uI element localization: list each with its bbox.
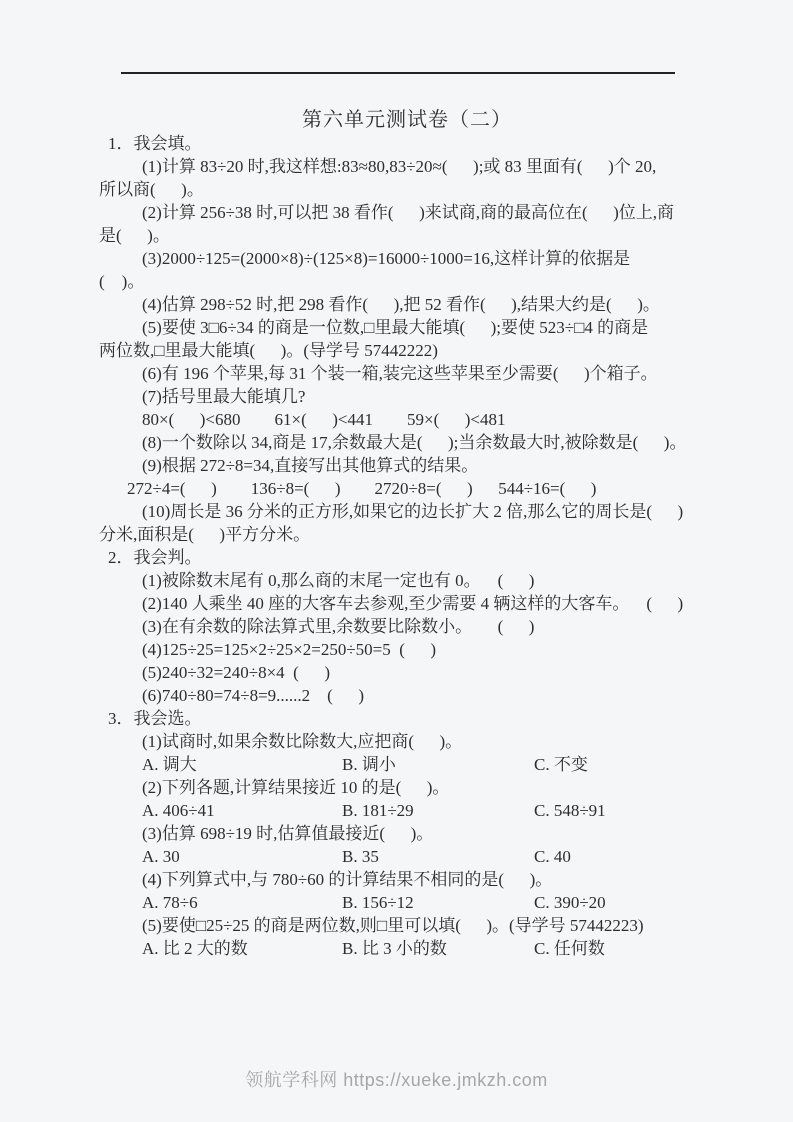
fill-q1-line1: (1)计算 83÷20 时,我这样想:83≈80,83÷20≈( );或 83 …	[99, 155, 695, 178]
choose-q1-option-a: A. 调大	[142, 753, 342, 776]
watermark-footer: 领航学科网 https://xueke.jmkzh.com	[0, 1066, 793, 1092]
fill-q5-line2: 两位数,□里最大能填( )。(导学号 57442222)	[99, 339, 695, 362]
test-paper-page: 第六单元测试卷（二） 1．我会填。 (1)计算 83÷20 时,我这样想:83≈…	[0, 0, 793, 1122]
fill-q4: (4)估算 298÷52 时,把 298 看作( ),把 52 看作( ),结果…	[99, 293, 695, 316]
fill-q9-equations-row: 272÷4=( ) 136÷8=( ) 2720÷8=( ) 544÷16=( …	[99, 477, 695, 500]
choose-q3: (3)估算 698÷19 时,估算值最接近( )。	[99, 822, 695, 845]
choose-q2: (2)下列各题,计算结果接近 10 的是( )。	[99, 776, 695, 799]
choose-q2-options-row: A. 406÷41 B. 181÷29 C. 548÷91	[99, 799, 695, 822]
choose-q5-option-c: C. 任何数	[534, 937, 695, 960]
judge-q5: (5)240÷32=240÷8×4 ( )	[99, 661, 695, 684]
choose-q3-option-a: A. 30	[142, 845, 342, 868]
choose-q3-option-b: B. 35	[342, 845, 534, 868]
fill-q7: (7)括号里最大能填几?	[99, 385, 695, 408]
choose-q4-option-c: C. 390÷20	[534, 891, 695, 914]
fill-q6: (6)有 196 个苹果,每 31 个装一箱,装完这些苹果至少需要( )个箱子。	[99, 362, 695, 385]
fill-q3-line2: ( )。	[99, 270, 695, 293]
choose-q4-option-a: A. 78÷6	[142, 891, 342, 914]
fill-q10-line2: 分米,面积是( )平方分米。	[99, 523, 695, 546]
page-title: 第六单元测试卷（二）	[119, 108, 695, 132]
choose-q5-options-row: A. 比 2 大的数 B. 比 3 小的数 C. 任何数	[99, 937, 695, 960]
fill-q7-equations-row: 80×( )<680 61×( )<441 59×( )<481	[99, 408, 695, 431]
choose-q5: (5)要使□25÷25 的商是两位数,则□里可以填( )。(导学号 574422…	[99, 914, 695, 937]
judge-q4: (4)125÷25=125×2÷25×2=250÷50=5 ( )	[99, 638, 695, 661]
fill-q8: (8)一个数除以 34,商是 17,余数最大是( );当余数最大时,被除数是( …	[99, 431, 695, 454]
header-rule	[121, 72, 675, 74]
section-3-heading: 3．我会选。	[99, 707, 695, 730]
paper-content: 第六单元测试卷（二） 1．我会填。 (1)计算 83÷20 时,我这样想:83≈…	[99, 108, 695, 960]
choose-q4-options-row: A. 78÷6 B. 156÷12 C. 390÷20	[99, 891, 695, 914]
fill-q3-line1: (3)2000÷125=(2000×8)÷(125×8)=16000÷1000=…	[99, 247, 695, 270]
choose-q3-options-row: A. 30 B. 35 C. 40	[99, 845, 695, 868]
fill-q10-line1: (10)周长是 36 分米的正方形,如果它的边长扩大 2 倍,那么它的周长是( …	[99, 500, 695, 523]
choose-q3-option-c: C. 40	[534, 845, 695, 868]
section-1-heading: 1．我会填。	[99, 132, 695, 155]
judge-q6: (6)740÷80=74÷8=9......2 ( )	[99, 684, 695, 707]
fill-q1-line2: 所以商( )。	[99, 178, 695, 201]
fill-q2-line2: 是( )。	[99, 224, 695, 247]
choose-q1: (1)试商时,如果余数比除数大,应把商( )。	[99, 730, 695, 753]
choose-q5-option-b: B. 比 3 小的数	[342, 937, 534, 960]
judge-q2: (2)140 人乘坐 40 座的大客车去参观,至少需要 4 辆这样的大客车。 (…	[99, 592, 695, 615]
choose-q4-option-b: B. 156÷12	[342, 891, 534, 914]
fill-q9: (9)根据 272÷8=34,直接写出其他算式的结果。	[99, 454, 695, 477]
choose-q1-option-b: B. 调小	[342, 753, 534, 776]
choose-q5-option-a: A. 比 2 大的数	[142, 937, 342, 960]
fill-q5-line1: (5)要使 3□6÷34 的商是一位数,□里最大能填( );要使 523÷□4 …	[99, 316, 695, 339]
judge-q1: (1)被除数末尾有 0,那么商的末尾一定也有 0。 ( )	[99, 569, 695, 592]
fill-q2-line1: (2)计算 256÷38 时,可以把 38 看作( )来试商,商的最高位在( )…	[99, 201, 695, 224]
choose-q2-option-a: A. 406÷41	[142, 799, 342, 822]
choose-q4: (4)下列算式中,与 780÷60 的计算结果不相同的是( )。	[99, 868, 695, 891]
judge-q3: (3)在有余数的除法算式里,余数要比除数小。 ( )	[99, 615, 695, 638]
choose-q1-option-c: C. 不变	[534, 753, 695, 776]
section-2-heading: 2．我会判。	[99, 546, 695, 569]
choose-q1-options-row: A. 调大 B. 调小 C. 不变	[99, 753, 695, 776]
choose-q2-option-c: C. 548÷91	[534, 799, 695, 822]
choose-q2-option-b: B. 181÷29	[342, 799, 534, 822]
